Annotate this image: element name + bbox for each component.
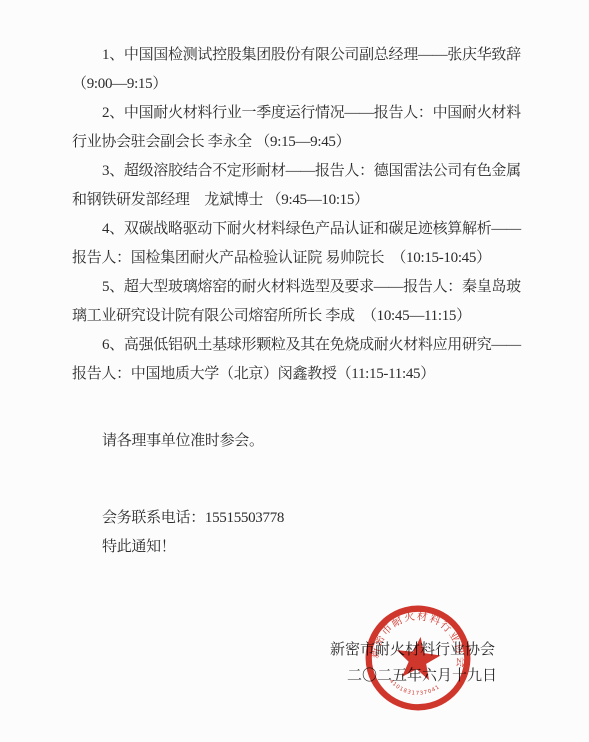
agenda-line-1-time: （9:00—9:15） <box>72 70 517 99</box>
document-page: 1、中国国检测试控股集团股份有限公司副总经理——张庆华致辞 （9:00—9:15… <box>0 0 589 742</box>
notice-closing-line: 特此通知！ <box>72 533 517 562</box>
official-seal: 新密市耐火材料行业协会 4101831737041 <box>353 593 482 722</box>
agenda-line-3: 3、超级溶胶结合不定形耐材——报告人：德国雷法公司有色金属 <box>72 157 517 186</box>
agenda-line-4: 4、双碳战略驱动下耐火材料绿色产品认证和碳足迹核算解析—— <box>72 215 517 244</box>
agenda-line-2-cont: 行业协会驻会副会长 李永全 （9:15—9:45） <box>72 128 517 157</box>
seal-serial-number: 4101831737041 <box>387 678 442 700</box>
contact-phone-line: 会务联系电话：15515503778 <box>72 504 517 533</box>
agenda-line-4-cont: 报告人：国检集团耐火产品检验认证院 易帅院长 （10:15-10:45） <box>72 244 517 273</box>
agenda-line-6: 6、高强低铝矾土基球形颗粒及其在免烧成耐火材料应用研究—— <box>72 331 517 360</box>
agenda-line-1: 1、中国国检测试控股集团股份有限公司副总经理——张庆华致辞 <box>72 41 517 70</box>
agenda-line-6-cont: 报告人：中国地质大学（北京）闵鑫教授（11:15-11:45） <box>72 360 517 389</box>
attendance-note: 请各理事单位准时参会。 <box>72 427 517 456</box>
star-icon <box>394 634 443 681</box>
agenda-line-2: 2、中国耐火材料行业一季度运行情况——报告人：中国耐火材料 <box>72 99 517 128</box>
agenda-line-3-cont: 和钢铁研发部经理 龙斌博士 （9:45—10:15） <box>72 186 517 215</box>
agenda-line-5: 5、超大型玻璃熔窑的耐火材料选型及要求——报告人：秦皇岛玻 <box>72 273 517 302</box>
agenda-line-5-cont: 璃工业研究设计院有限公司熔窑所所长 李成 （10:45—11:15） <box>72 302 517 331</box>
notice-body: 1、中国国检测试控股集团股份有限公司副总经理——张庆华致辞 （9:00—9:15… <box>72 41 517 562</box>
